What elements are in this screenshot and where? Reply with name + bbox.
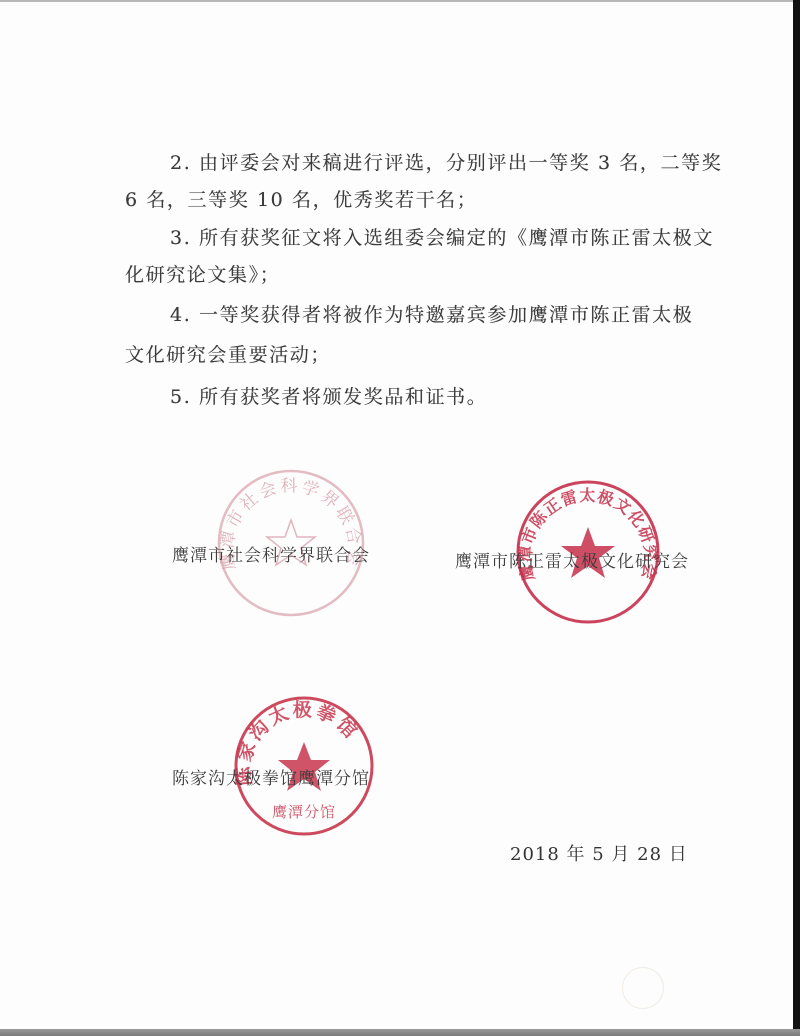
- signatory-social-science-federation: 鹰潭市社会科学界联合会: [172, 541, 370, 566]
- scan-edge-right: [793, 0, 800, 1036]
- item-5-line-1: 5. 所有获奖者将颁发奖品和证书。: [170, 382, 487, 409]
- scan-edge-bottom: [0, 1029, 800, 1036]
- signatory-chenjiagou-taiji-hall: 陈家沟太极拳馆鹰潭分馆: [172, 764, 370, 789]
- stamp-subtext: 鹰潭分馆: [272, 803, 336, 821]
- item-2-line-1: 2. 由评委会对来稿进行评选，分别评出一等奖 3 名，二等奖: [170, 148, 722, 175]
- document-page: 2. 由评委会对来稿进行评选，分别评出一等奖 3 名，二等奖 6 名，三等奖 1…: [0, 0, 793, 1031]
- item-3-line-2: 化研究论文集》；: [125, 260, 280, 287]
- item-4-line-2: 文化研究会重要活动；: [125, 340, 331, 367]
- item-3-line-1: 3. 所有获奖征文将入选组委会编定的《鹰潭市陈正雷太极文: [170, 223, 714, 250]
- signatory-taiji-culture-research-society: 鹰潭市陈正雷太极文化研究会: [455, 547, 689, 572]
- item-4-line-1: 4. 一等奖获得者将被作为特邀嘉宾参加鹰潭市陈正雷太极: [170, 300, 693, 327]
- item-2-line-2: 6 名，三等奖 10 名，优秀奖若干名；: [125, 185, 477, 212]
- watermark-icon: [622, 967, 664, 1009]
- document-date: 2018 年 5 月 28 日: [510, 840, 688, 866]
